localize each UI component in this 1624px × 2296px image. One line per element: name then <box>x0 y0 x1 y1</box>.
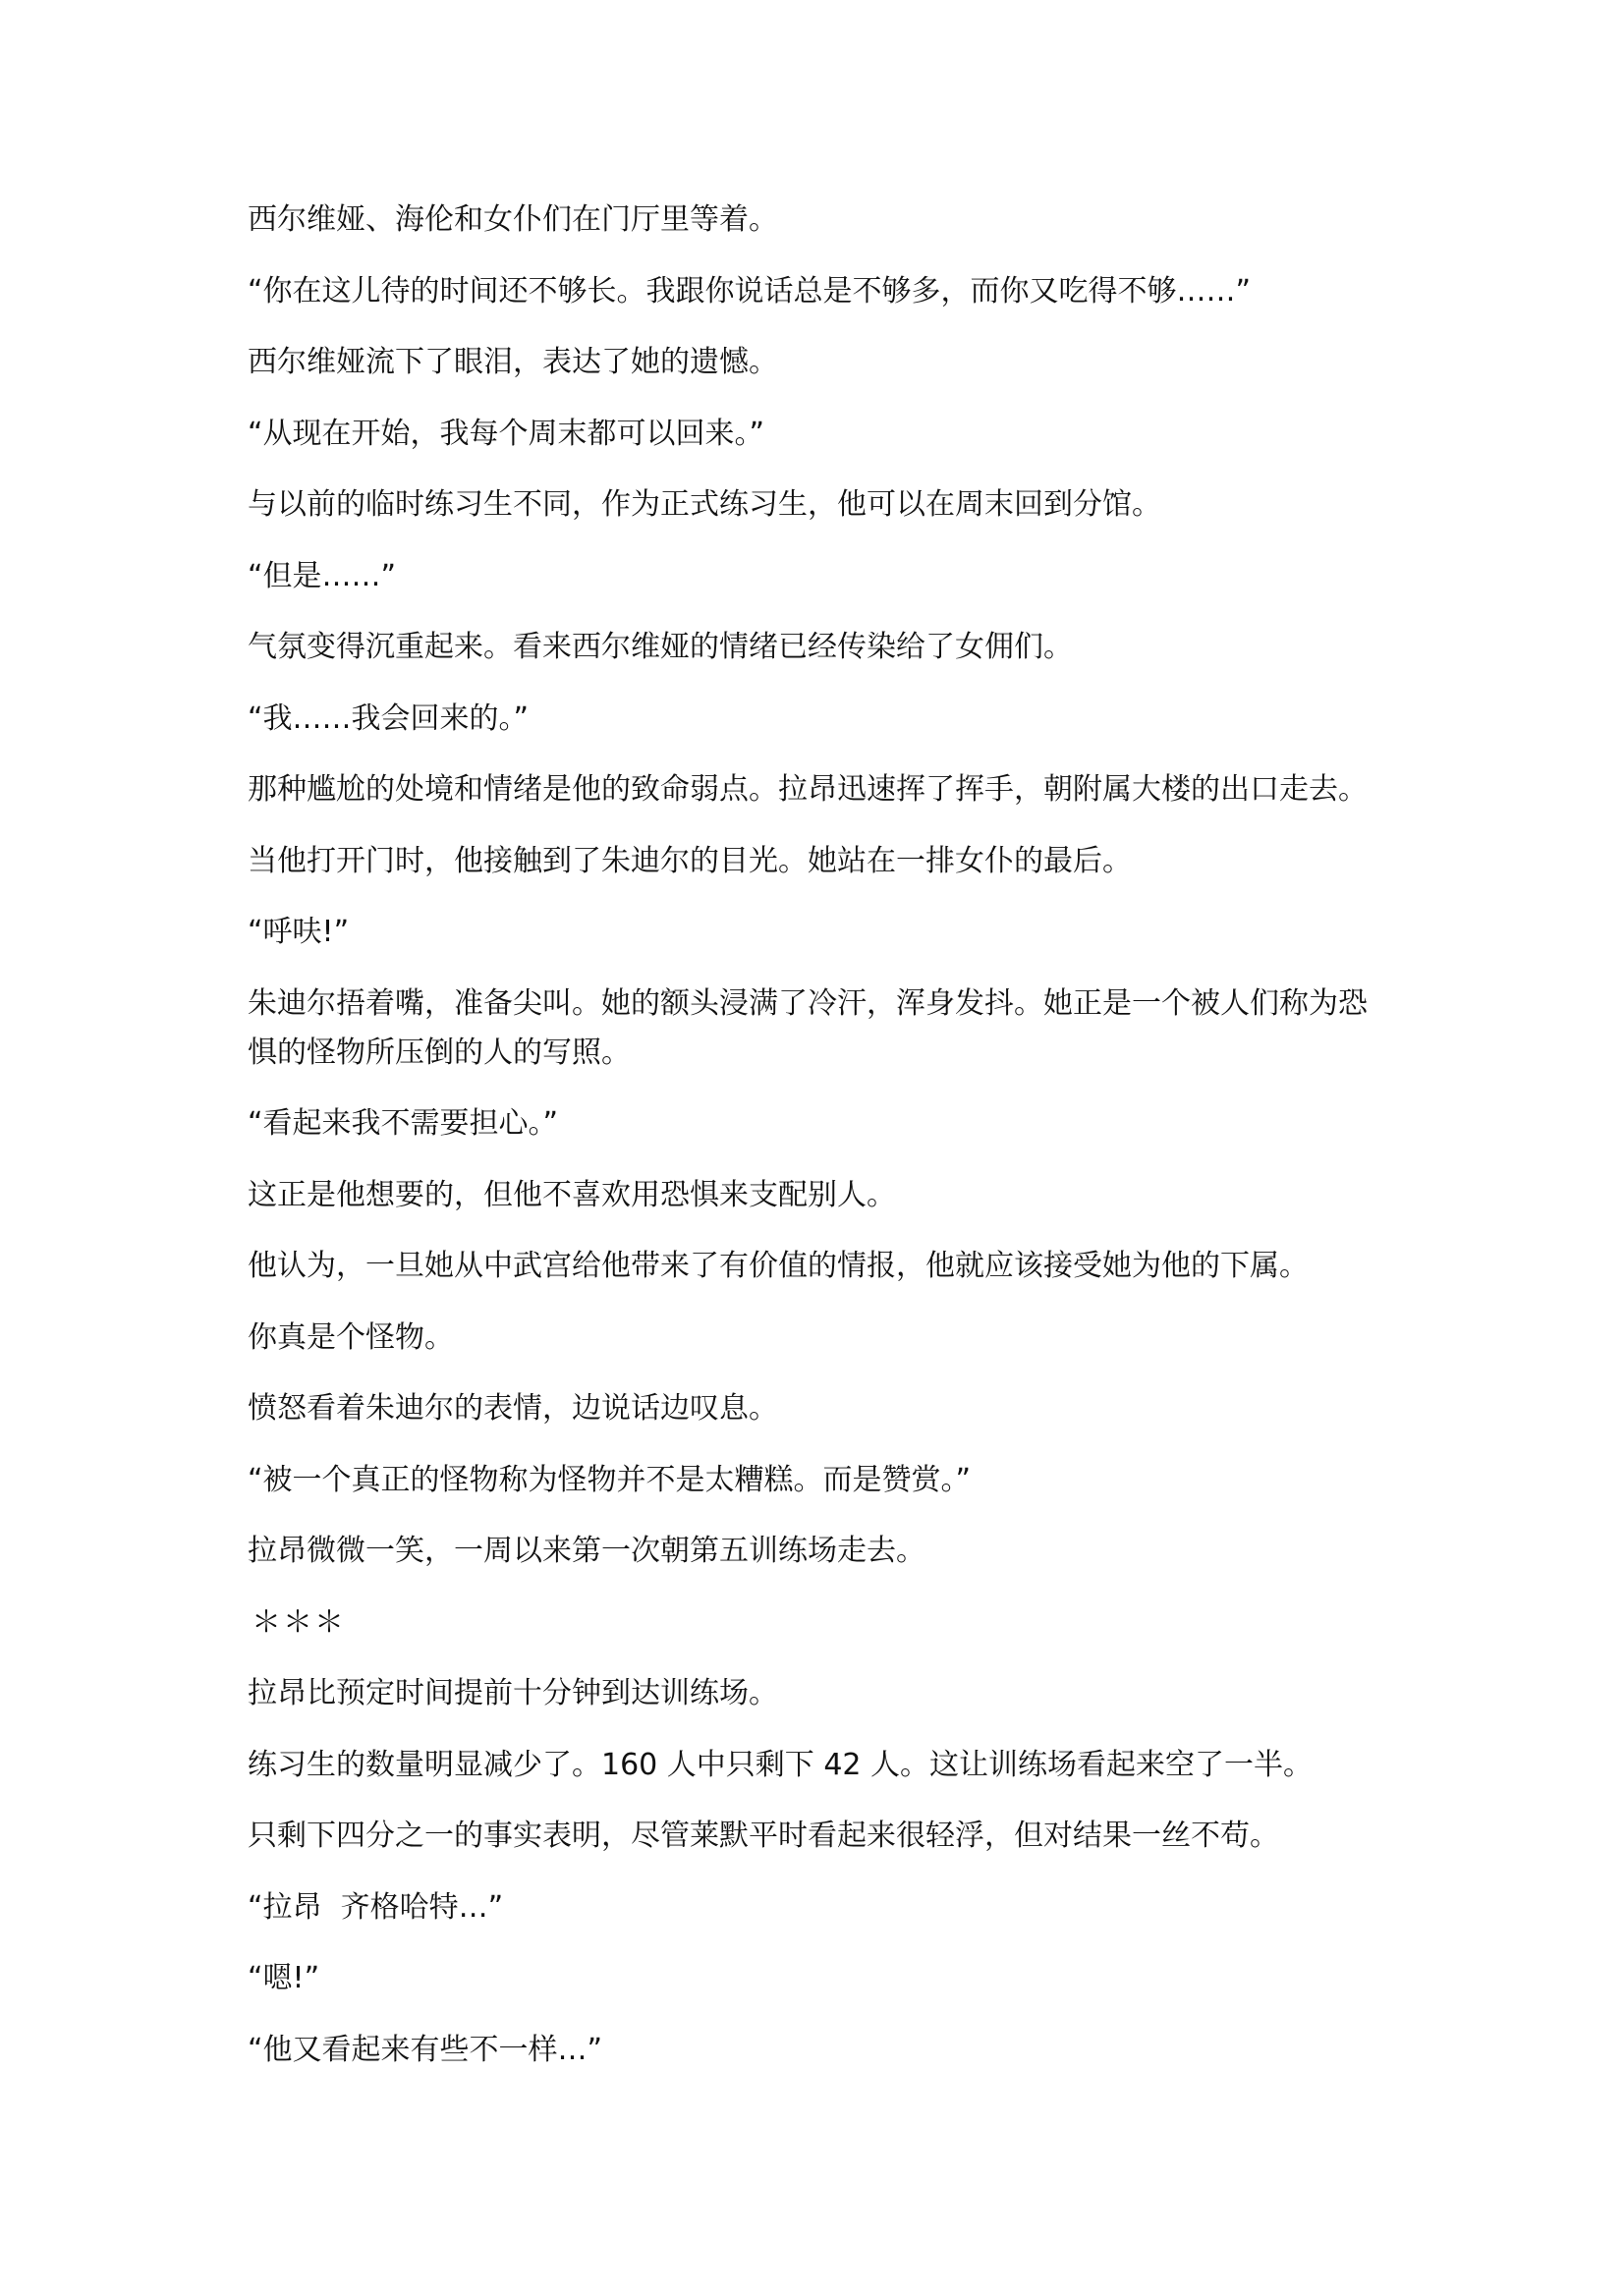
paragraph: 当他打开门时，他接触到了朱迪尔的目光。她站在一排女仆的最后。 <box>248 837 1387 886</box>
paragraph: 与以前的临时练习生不同，作为正式练习生，他可以在周末回到分馆。 <box>248 480 1387 530</box>
paragraph: 拉昂比预定时间提前十分钟到达训练场。 <box>248 1669 1387 1718</box>
document-page: 西尔维娅、海伦和女仆们在门厅里等着。 “你在这儿待的时间还不够长。我跟你说话总是… <box>248 196 1387 2097</box>
paragraph-dialogue: “拉昂 齐格哈特…” <box>248 1883 1387 1932</box>
paragraph-dialogue: “但是……” <box>248 552 1387 601</box>
paragraph-dialogue: “呼呋!” <box>248 908 1387 957</box>
paragraph-dialogue: “嗯!” <box>248 1954 1387 2003</box>
scene-break-separator: ＊＊＊ <box>248 1598 1387 1648</box>
paragraph-dialogue: “我……我会回来的。” <box>248 695 1387 744</box>
paragraph: 那种尴尬的处境和情绪是他的致命弱点。拉昂迅速挥了挥手，朝附属大楼的出口走去。 <box>248 765 1387 814</box>
paragraph: 你真是个怪物。 <box>248 1314 1387 1363</box>
paragraph: 愤怒看着朱迪尔的表情，边说话边叹息。 <box>248 1384 1387 1433</box>
paragraph-dialogue: “你在这儿待的时间还不够长。我跟你说话总是不够多，而你又吃得不够……” <box>248 267 1387 316</box>
paragraph: 这正是他想要的，但他不喜欢用恐惧来支配别人。 <box>248 1171 1387 1220</box>
paragraph: 西尔维娅、海伦和女仆们在门厅里等着。 <box>248 196 1387 245</box>
paragraph: 只剩下四分之一的事实表明，尽管莱默平时看起来很轻浮，但对结果一丝不苟。 <box>248 1812 1387 1861</box>
paragraph: 练习生的数量明显减少了。160 人中只剩下 42 人。这让训练场看起来空了一半。 <box>248 1741 1387 1790</box>
paragraph-dialogue: “被一个真正的怪物称为怪物并不是太糟糕。而是赞赏。” <box>248 1456 1387 1505</box>
paragraph: 朱迪尔捂着嘴，准备尖叫。她的额头浸满了冷汗，浑身发抖。她正是一个被人们称为恐惧的… <box>248 980 1387 1078</box>
paragraph-dialogue: “看起来我不需要担心。” <box>248 1099 1387 1148</box>
paragraph: 西尔维娅流下了眼泪，表达了她的遗憾。 <box>248 338 1387 387</box>
paragraph: 拉昂微微一笑，一周以来第一次朝第五训练场走去。 <box>248 1527 1387 1576</box>
paragraph: 他认为，一旦她从中武宫给他带来了有价值的情报，他就应该接受她为他的下属。 <box>248 1242 1387 1291</box>
paragraph-dialogue: “他又看起来有些不一样…” <box>248 2026 1387 2075</box>
paragraph-dialogue: “从现在开始，我每个周末都可以回来。” <box>248 410 1387 459</box>
paragraph: 气氛变得沉重起来。看来西尔维娅的情绪已经传染给了女佣们。 <box>248 623 1387 672</box>
